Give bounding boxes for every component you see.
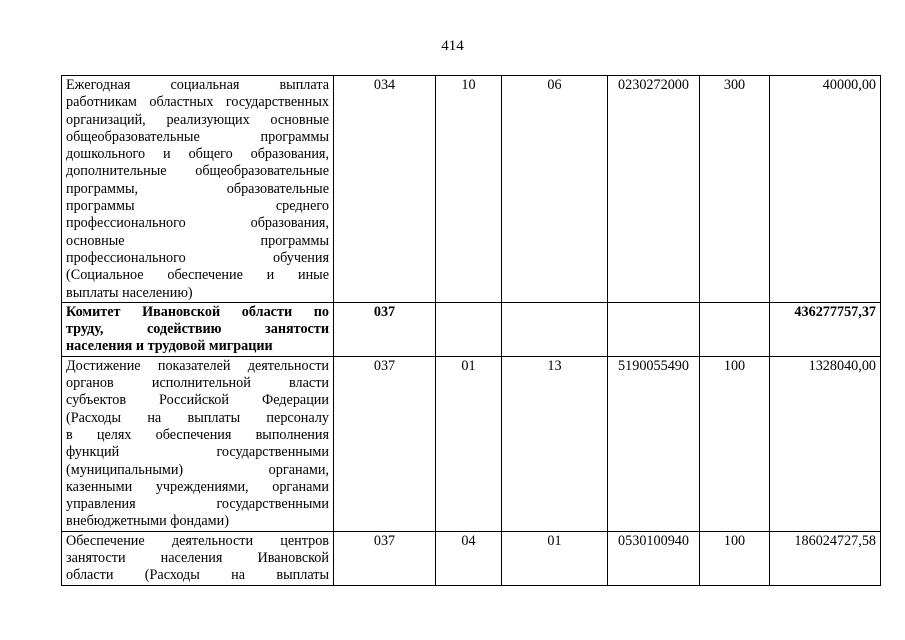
target-code: 0530100940 (608, 531, 700, 585)
row-description: Комитет Ивановской области потруду, соде… (62, 302, 334, 356)
row-description: Обеспечение деятельности центровзанятост… (62, 531, 334, 585)
budget-table: Ежегодная социальная выплатаработникам о… (61, 75, 881, 586)
table-row: Ежегодная социальная выплатаработникам о… (62, 76, 881, 303)
expense-type-code: 100 (700, 356, 770, 531)
section-code: 04 (436, 531, 502, 585)
table-row: Комитет Ивановской области потруду, соде… (62, 302, 881, 356)
ministry-code: 037 (334, 531, 436, 585)
amount: 1328040,00 (770, 356, 881, 531)
section-code (436, 302, 502, 356)
amount: 40000,00 (770, 76, 881, 303)
ministry-code: 037 (334, 302, 436, 356)
section-code: 01 (436, 356, 502, 531)
row-description: Достижение показателей деятельностиорган… (62, 356, 334, 531)
target-code: 5190055490 (608, 356, 700, 531)
amount: 436277757,37 (770, 302, 881, 356)
page-number: 414 (0, 38, 905, 55)
amount: 186024727,58 (770, 531, 881, 585)
table-row: Обеспечение деятельности центровзанятост… (62, 531, 881, 585)
subsection-code: 13 (502, 356, 608, 531)
table-row: Достижение показателей деятельностиорган… (62, 356, 881, 531)
target-code: 0230272000 (608, 76, 700, 303)
subsection-code: 06 (502, 76, 608, 303)
expense-type-code: 300 (700, 76, 770, 303)
row-description: Ежегодная социальная выплатаработникам о… (62, 76, 334, 303)
subsection-code: 01 (502, 531, 608, 585)
ministry-code: 037 (334, 356, 436, 531)
ministry-code: 034 (334, 76, 436, 303)
section-code: 10 (436, 76, 502, 303)
expense-type-code: 100 (700, 531, 770, 585)
subsection-code (502, 302, 608, 356)
expense-type-code (700, 302, 770, 356)
target-code (608, 302, 700, 356)
